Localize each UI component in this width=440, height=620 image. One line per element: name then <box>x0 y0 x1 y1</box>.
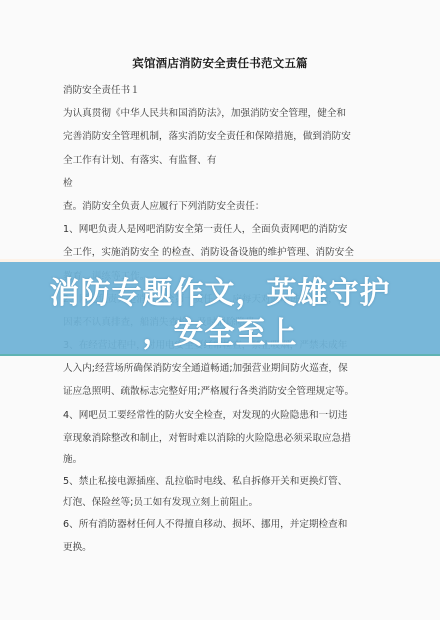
list-item-5: 5、禁止私接电源插座、乱拉临时电线、私自拆修开关和更换灯管、 <box>63 470 379 493</box>
title-banner: 消防专题作文，英雄守护 ，安全至上 <box>0 262 440 356</box>
list-item-5-cont: 灯泡、保险丝等;员工如有发现立刻上前阻止。 <box>63 493 379 513</box>
list-item-3-cont: 证应急照明、疏散标志完整好用;严格履行各类消防安全管理规定等。 <box>63 380 379 403</box>
banner-title-line-1: 消防专题作文，英雄守护 <box>0 268 440 312</box>
paragraph-line: 查。消防安全负责人应履行下列消防安全责任： <box>63 195 379 218</box>
document-title: 宾馆酒店消防安全责任书范文五篇 <box>0 55 440 71</box>
list-item-3-cont: 人入内;经营场所确保消防安全通道畅通;加强营业期间防火巡查，保 <box>63 357 379 380</box>
list-item-1: 1、网吧负责人是网吧消防安全第一责任人，全面负责网吧的消防安 <box>63 218 379 241</box>
list-item-4-cont: 章现象消除整改和制止，对暂时难以消除的火险隐患必须采取应急措 <box>63 427 379 450</box>
list-item-4-cont: 施。 <box>63 450 379 470</box>
paragraph-line: 检 <box>63 172 379 195</box>
banner-title-line-2: ，安全至上 <box>0 308 440 352</box>
list-item-6-cont: 更换。 <box>63 536 379 559</box>
list-item-6: 6、所有消防器材任何人不得擅自移动、损坏、挪用，并定期检查和 <box>63 513 379 536</box>
section-heading: 消防安全责任书１ <box>63 79 379 102</box>
paragraph-line: 完善消防安全管理机制，落实消防安全责任和保障措施，做到消防安 <box>63 125 379 148</box>
paragraph-line: 全工作有计划、有落实、有监督、有 <box>63 149 379 172</box>
list-item-4: 4、网吧员工要经常性的防火安全检查，对发现的火险隐患和一切违 <box>63 404 379 427</box>
paragraph-line: 为认真贯彻《中华人民共和国消防法》，加强消防安全管理，健全和 <box>63 102 379 125</box>
